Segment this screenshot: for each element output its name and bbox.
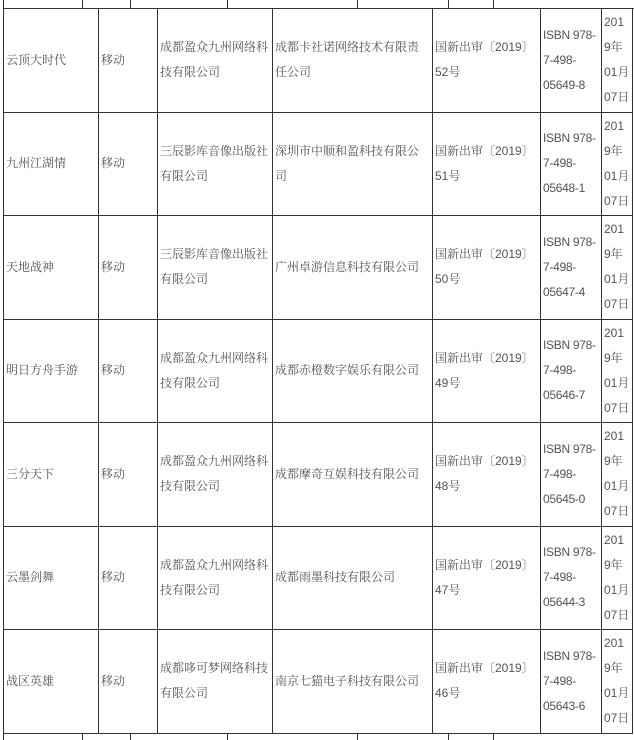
cell-operator: 成都摩奇互娱科技有限公司: [273, 423, 433, 527]
table-row: 云墨剑舞 移动 成都盈众九州网络科技有限公司 成都雨墨科技有限公司 国新出审〔2…: [4, 526, 633, 630]
game-approval-page: 云顶大时代 移动 成都盈众九州网络科技有限公司 成都卡社诺网络技术有限责任公司 …: [0, 0, 634, 740]
table-row: 明日方舟手游 移动 成都盈众九州网络科技有限公司 成都赤橙数字娱乐有限公司 国新…: [4, 319, 633, 423]
cell-game-name: 九州江湖情: [4, 112, 99, 216]
cell-isbn: ISBN 978-7-498-05644-3: [541, 526, 602, 630]
cell-publisher: 成都盈众九州网络科技有限公司: [158, 9, 273, 113]
fragment-cell: [83, 0, 131, 8]
fragment-cell: [228, 734, 358, 740]
fragment-cell: [358, 734, 449, 740]
cell-game-name: 明日方舟手游: [4, 319, 99, 423]
cell-approval-date: 2019年01月07日: [602, 423, 633, 527]
cell-publisher: 成都盈众九州网络科技有限公司: [158, 526, 273, 630]
cell-publisher: 成都盈众九州网络科技有限公司: [158, 423, 273, 527]
cell-platform: 移动: [99, 112, 158, 216]
table-row: 战区英雄 移动 成都哆可梦网络科技有限公司 南京七猫电子科技有限公司 国新出审〔…: [4, 630, 633, 734]
cell-approval-no: 国新出审〔2019〕51号: [433, 112, 541, 216]
cell-operator: 成都卡社诺网络技术有限责任公司: [273, 9, 433, 113]
cell-operator: 深圳市中顺和盈科技有限公司: [273, 112, 433, 216]
table-row: 九州江湖情 移动 三辰影库音像出版社有限公司 深圳市中顺和盈科技有限公司 国新出…: [4, 112, 633, 216]
cell-approval-no: 国新出审〔2019〕46号: [433, 630, 541, 734]
cell-operator: 成都赤橙数字娱乐有限公司: [273, 319, 433, 423]
cell-isbn: ISBN 978-7-498-05646-7: [541, 319, 602, 423]
cell-publisher: 成都盈众九州网络科技有限公司: [158, 319, 273, 423]
cell-platform: 移动: [99, 423, 158, 527]
cell-platform: 移动: [99, 319, 158, 423]
cell-game-name: 天地战神: [4, 216, 99, 320]
cell-approval-date: 2019年01月07日: [602, 319, 633, 423]
cell-isbn: ISBN 978-7-498-05645-0: [541, 423, 602, 527]
cell-approval-no: 国新出审〔2019〕52号: [433, 9, 541, 113]
cell-operator: 广州卓游信息科技有限公司: [273, 216, 433, 320]
cell-game-name: 云顶大时代: [4, 9, 99, 113]
cell-game-name: 云墨剑舞: [4, 526, 99, 630]
fragment-cell: [131, 0, 228, 8]
table-row: 三分天下 移动 成都盈众九州网络科技有限公司 成都摩奇互娱科技有限公司 国新出审…: [4, 423, 633, 527]
cell-isbn: ISBN 978-7-498-05643-6: [541, 630, 602, 734]
cell-operator: 成都雨墨科技有限公司: [273, 526, 433, 630]
fragment-cell: [494, 0, 634, 8]
cell-approval-date: 2019年01月07日: [602, 630, 633, 734]
game-approval-table-body: 云顶大时代 移动 成都盈众九州网络科技有限公司 成都卡社诺网络技术有限责任公司 …: [4, 9, 633, 734]
next-table-fragment: [3, 734, 634, 740]
fragment-cell: [449, 734, 494, 740]
cell-platform: 移动: [99, 526, 158, 630]
fragment-cell: [131, 734, 228, 740]
cell-publisher: 三辰影库音像出版社有限公司: [158, 216, 273, 320]
cell-platform: 移动: [99, 630, 158, 734]
fragment-cell: [358, 0, 449, 8]
cell-approval-date: 2019年01月07日: [602, 9, 633, 113]
cell-isbn: ISBN 978-7-498-05648-1: [541, 112, 602, 216]
cell-approval-no: 国新出审〔2019〕50号: [433, 216, 541, 320]
fragment-cell: [4, 734, 83, 740]
fragment-cell: [228, 0, 358, 8]
cell-publisher: 成都哆可梦网络科技有限公司: [158, 630, 273, 734]
cell-game-name: 三分天下: [4, 423, 99, 527]
fragment-cell: [494, 734, 634, 740]
fragment-cell: [83, 734, 131, 740]
cell-approval-date: 2019年01月07日: [602, 216, 633, 320]
fragment-cell: [4, 0, 83, 8]
cell-approval-no: 国新出审〔2019〕48号: [433, 423, 541, 527]
cell-operator: 南京七猫电子科技有限公司: [273, 630, 433, 734]
game-approval-table: 云顶大时代 移动 成都盈众九州网络科技有限公司 成都卡社诺网络技术有限责任公司 …: [3, 8, 633, 734]
cell-isbn: ISBN 978-7-498-05649-8: [541, 9, 602, 113]
cell-game-name: 战区英雄: [4, 630, 99, 734]
cell-publisher: 三辰影库音像出版社有限公司: [158, 112, 273, 216]
cell-approval-date: 2019年01月07日: [602, 112, 633, 216]
cell-approval-date: 2019年01月07日: [602, 526, 633, 630]
cell-isbn: ISBN 978-7-498-05647-4: [541, 216, 602, 320]
cell-platform: 移动: [99, 216, 158, 320]
cell-platform: 移动: [99, 9, 158, 113]
cell-approval-no: 国新出审〔2019〕49号: [433, 319, 541, 423]
fragment-cell: [449, 0, 494, 8]
table-row: 云顶大时代 移动 成都盈众九州网络科技有限公司 成都卡社诺网络技术有限责任公司 …: [4, 9, 633, 113]
cell-approval-no: 国新出审〔2019〕47号: [433, 526, 541, 630]
table-row: 天地战神 移动 三辰影库音像出版社有限公司 广州卓游信息科技有限公司 国新出审〔…: [4, 216, 633, 320]
